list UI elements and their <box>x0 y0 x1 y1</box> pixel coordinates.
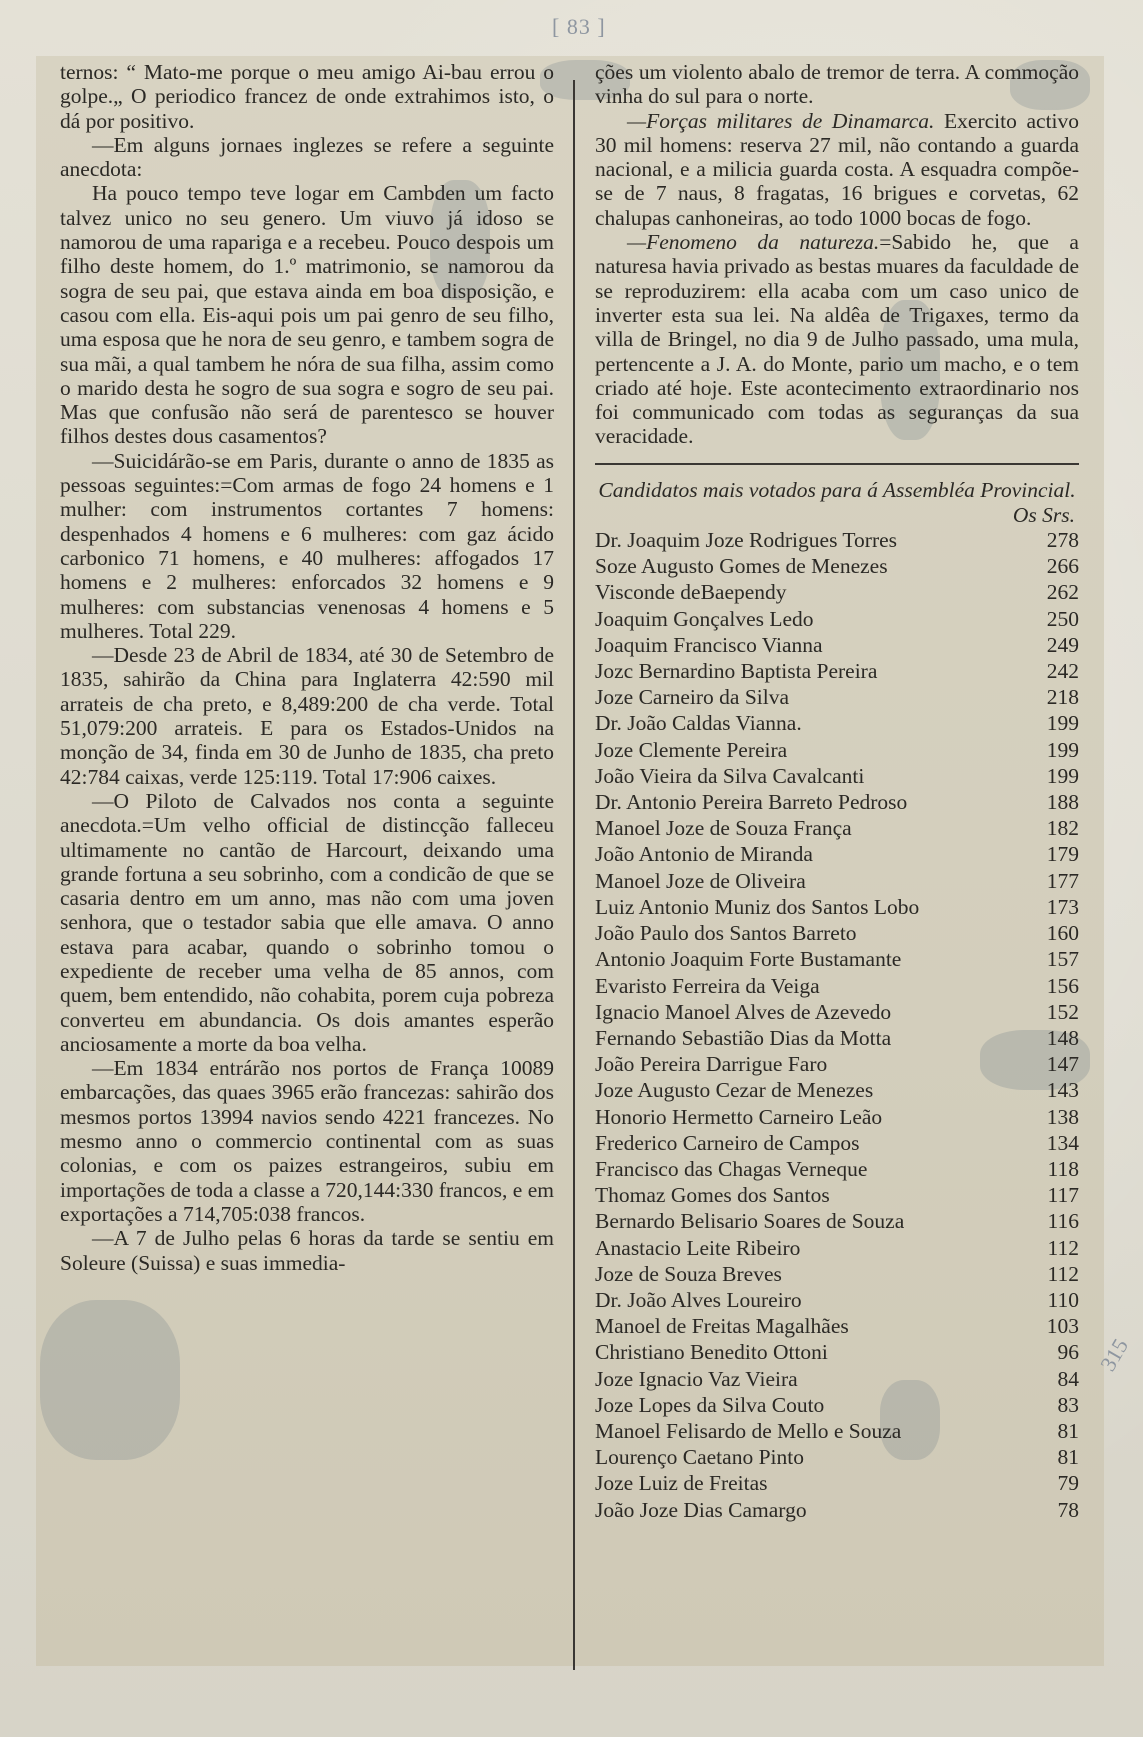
article-paragraph: —Desde 23 de Abril de 1834, até 30 de Se… <box>60 643 554 789</box>
candidate-votes: 84 <box>1039 1366 1079 1392</box>
candidate-votes: 148 <box>1039 1025 1079 1051</box>
article-paragraph: —O Piloto de Calvados nos conta a seguin… <box>60 789 554 1056</box>
table-row: Joze Carneiro da Silva218 <box>595 684 1079 710</box>
table-row: João Vieira da Silva Cavalcanti199 <box>595 763 1079 789</box>
candidate-name: Fernando Sebastião Dias da Motta <box>595 1025 891 1051</box>
newspaper-page: [ 83 ] 315 ternos: “ Mato-me porque o me… <box>0 0 1143 1737</box>
candidate-name: João Antonio de Miranda <box>595 841 813 867</box>
table-row: Dr. Joaquim Joze Rodrigues Torres278 <box>595 527 1079 553</box>
table-row: Joaquim Francisco Vianna249 <box>595 632 1079 658</box>
candidate-name: Evaristo Ferreira da Veiga <box>595 973 820 999</box>
page-number: [ 83 ] <box>552 14 606 40</box>
table-row: Visconde deBaependy262 <box>595 579 1079 605</box>
candidate-name: Luiz Antonio Muniz dos Santos Lobo <box>595 894 919 920</box>
candidate-name: Soze Augusto Gomes de Menezes <box>595 553 888 579</box>
candidate-votes: 156 <box>1039 973 1079 999</box>
table-row: Thomaz Gomes dos Santos117 <box>595 1182 1079 1208</box>
table-row: João Joze Dias Camargo78 <box>595 1497 1079 1523</box>
article-paragraph: Ha pouco tempo teve logar em Cambden um … <box>60 181 554 448</box>
candidate-votes: 83 <box>1039 1392 1079 1418</box>
candidate-name: Francisco das Chagas Verneque <box>595 1156 867 1182</box>
candidate-votes: 81 <box>1039 1444 1079 1470</box>
left-column: ternos: “ Mato-me porque o meu amigo Ai-… <box>60 60 554 1275</box>
table-row: Evaristo Ferreira da Veiga156 <box>595 973 1079 999</box>
candidate-name: Dr. João Caldas Vianna. <box>595 710 802 736</box>
section-divider <box>595 463 1079 465</box>
table-row: Anastacio Leite Ribeiro112 <box>595 1235 1079 1261</box>
table-row: Jozc Bernardino Baptista Pereira242 <box>595 658 1079 684</box>
candidate-name: João Joze Dias Camargo <box>595 1497 807 1523</box>
candidate-votes: 118 <box>1039 1156 1079 1182</box>
article-paragraph: —Fenomeno da natureza.=Sabido he, que a … <box>595 230 1079 449</box>
right-column: ções um violento abalo de tremor de terr… <box>595 60 1079 1523</box>
table-row: Francisco das Chagas Verneque118 <box>595 1156 1079 1182</box>
table-row: João Antonio de Miranda179 <box>595 841 1079 867</box>
candidate-name: Dr. João Alves Loureiro <box>595 1287 802 1313</box>
candidate-name: Joze Clemente Pereira <box>595 737 787 763</box>
table-row: João Pereira Darrigue Faro147 <box>595 1051 1079 1077</box>
table-row: Bernardo Belisario Soares de Souza116 <box>595 1208 1079 1234</box>
candidate-votes: 160 <box>1039 920 1079 946</box>
table-row: Dr. Antonio Pereira Barreto Pedroso188 <box>595 789 1079 815</box>
candidate-name: Dr. Joaquim Joze Rodrigues Torres <box>595 527 897 553</box>
candidate-votes: 96 <box>1039 1339 1079 1365</box>
table-row: Frederico Carneiro de Campos134 <box>595 1130 1079 1156</box>
column-divider <box>573 80 575 1670</box>
table-row: Manoel de Freitas Magalhães103 <box>595 1313 1079 1339</box>
candidate-name: Visconde deBaependy <box>595 579 787 605</box>
candidate-name: Joze Augusto Cezar de Menezes <box>595 1077 873 1103</box>
candidate-votes: 110 <box>1039 1287 1079 1313</box>
table-row: Manoel Joze de Souza França182 <box>595 815 1079 841</box>
candidate-name: Bernardo Belisario Soares de Souza <box>595 1208 904 1234</box>
candidate-name: Joze Carneiro da Silva <box>595 684 789 710</box>
table-row: Lourenço Caetano Pinto81 <box>595 1444 1079 1470</box>
candidate-votes: 182 <box>1039 815 1079 841</box>
article-paragraph: —Forças militares de Dinamarca. Exercito… <box>595 109 1079 230</box>
candidate-votes: 117 <box>1039 1182 1079 1208</box>
article-body: =Sabido he, que a naturesa havia privado… <box>595 230 1079 448</box>
candidate-name: Dr. Antonio Pereira Barreto Pedroso <box>595 789 907 815</box>
candidate-name: Joze Luiz de Freitas <box>595 1470 768 1496</box>
article-heading-italic: —Forças militares de Dinamarca. <box>627 109 934 133</box>
table-row: Luiz Antonio Muniz dos Santos Lobo173 <box>595 894 1079 920</box>
table-row: Joze Ignacio Vaz Vieira84 <box>595 1366 1079 1392</box>
candidate-name: Joze Lopes da Silva Couto <box>595 1392 824 1418</box>
candidate-name: Thomaz Gomes dos Santos <box>595 1182 830 1208</box>
candidate-name: Manoel Joze de Souza França <box>595 815 852 841</box>
candidate-votes: 177 <box>1039 868 1079 894</box>
candidate-name: Honorio Hermetto Carneiro Leão <box>595 1104 882 1130</box>
article-paragraph: —Em alguns jornaes inglezes se refere a … <box>60 133 554 182</box>
candidate-votes: 143 <box>1039 1077 1079 1103</box>
candidate-votes: 134 <box>1039 1130 1079 1156</box>
table-row: Fernando Sebastião Dias da Motta148 <box>595 1025 1079 1051</box>
candidate-votes: 179 <box>1039 841 1079 867</box>
candidate-name: Jozc Bernardino Baptista Pereira <box>595 658 877 684</box>
candidate-votes: 116 <box>1039 1208 1079 1234</box>
candidate-name: Joze de Souza Breves <box>595 1261 782 1287</box>
candidate-votes: 78 <box>1039 1497 1079 1523</box>
candidate-votes: 242 <box>1039 658 1079 684</box>
table-row: Ignacio Manoel Alves de Azevedo152 <box>595 999 1079 1025</box>
candidate-name: João Pereira Darrigue Faro <box>595 1051 827 1077</box>
article-paragraph: —A 7 de Julho pelas 6 horas da tarde se … <box>60 1226 554 1275</box>
candidate-name: Manoel Felisardo de Mello e Souza <box>595 1418 901 1444</box>
article-heading-italic: —Fenomeno da natureza. <box>627 230 879 254</box>
article-paragraph: —Suicidárão-se em Paris, durante o anno … <box>60 449 554 643</box>
candidate-votes: 79 <box>1039 1470 1079 1496</box>
candidate-name: Antonio Joaquim Forte Bustamante <box>595 946 901 972</box>
table-row: Manoel Joze de Oliveira177 <box>595 868 1079 894</box>
table-row: João Paulo dos Santos Barreto160 <box>595 920 1079 946</box>
article-paragraph: ternos: “ Mato-me porque o meu amigo Ai-… <box>60 60 554 133</box>
candidate-votes: 199 <box>1039 710 1079 736</box>
table-row: Manoel Felisardo de Mello e Souza81 <box>595 1418 1079 1444</box>
table-row: Joze Clemente Pereira199 <box>595 737 1079 763</box>
candidate-votes: 152 <box>1039 999 1079 1025</box>
candidates-table: Dr. Joaquim Joze Rodrigues Torres278Soze… <box>595 527 1079 1523</box>
article-paragraph: —Em 1834 entrárão nos portos de França 1… <box>60 1056 554 1226</box>
candidate-name: Ignacio Manoel Alves de Azevedo <box>595 999 891 1025</box>
candidate-votes: 81 <box>1039 1418 1079 1444</box>
candidate-name: Joze Ignacio Vaz Vieira <box>595 1366 798 1392</box>
table-row: Dr. João Alves Loureiro110 <box>595 1287 1079 1313</box>
candidates-column-header: Os Srs. <box>595 503 1079 527</box>
candidate-votes: 112 <box>1039 1235 1079 1261</box>
candidates-table-title: Candidatos mais votados para á Assembléa… <box>595 477 1079 503</box>
candidate-name: João Vieira da Silva Cavalcanti <box>595 763 864 789</box>
candidate-name: Frederico Carneiro de Campos <box>595 1130 860 1156</box>
candidate-name: Christiano Benedito Ottoni <box>595 1339 828 1365</box>
candidate-name: Joaquim Francisco Vianna <box>595 632 823 658</box>
candidate-votes: 138 <box>1039 1104 1079 1130</box>
candidate-votes: 173 <box>1039 894 1079 920</box>
candidate-name: Manoel Joze de Oliveira <box>595 868 806 894</box>
table-row: Joze de Souza Breves112 <box>595 1261 1079 1287</box>
candidate-votes: 103 <box>1039 1313 1079 1339</box>
candidate-votes: 199 <box>1039 737 1079 763</box>
table-row: Joaquim Gonçalves Ledo250 <box>595 606 1079 632</box>
table-row: Honorio Hermetto Carneiro Leão138 <box>595 1104 1079 1130</box>
candidate-votes: 249 <box>1039 632 1079 658</box>
table-row: Soze Augusto Gomes de Menezes266 <box>595 553 1079 579</box>
candidate-votes: 157 <box>1039 946 1079 972</box>
candidate-votes: 147 <box>1039 1051 1079 1077</box>
candidate-votes: 199 <box>1039 763 1079 789</box>
candidate-name: Anastacio Leite Ribeiro <box>595 1235 800 1261</box>
candidate-name: Manoel de Freitas Magalhães <box>595 1313 849 1339</box>
candidate-name: Joaquim Gonçalves Ledo <box>595 606 814 632</box>
candidate-name: Lourenço Caetano Pinto <box>595 1444 804 1470</box>
table-row: Joze Augusto Cezar de Menezes143 <box>595 1077 1079 1103</box>
candidate-votes: 250 <box>1039 606 1079 632</box>
table-row: Joze Lopes da Silva Couto83 <box>595 1392 1079 1418</box>
table-row: Joze Luiz de Freitas79 <box>595 1470 1079 1496</box>
candidate-votes: 188 <box>1039 789 1079 815</box>
table-row: Dr. João Caldas Vianna.199 <box>595 710 1079 736</box>
table-row: Christiano Benedito Ottoni96 <box>595 1339 1079 1365</box>
article-paragraph: ções um violento abalo de tremor de terr… <box>595 60 1079 109</box>
candidate-votes: 112 <box>1039 1261 1079 1287</box>
candidate-votes: 218 <box>1039 684 1079 710</box>
candidate-name: João Paulo dos Santos Barreto <box>595 920 857 946</box>
candidate-votes: 266 <box>1039 553 1079 579</box>
table-row: Antonio Joaquim Forte Bustamante157 <box>595 946 1079 972</box>
candidate-votes: 278 <box>1039 527 1079 553</box>
candidate-votes: 262 <box>1039 579 1079 605</box>
